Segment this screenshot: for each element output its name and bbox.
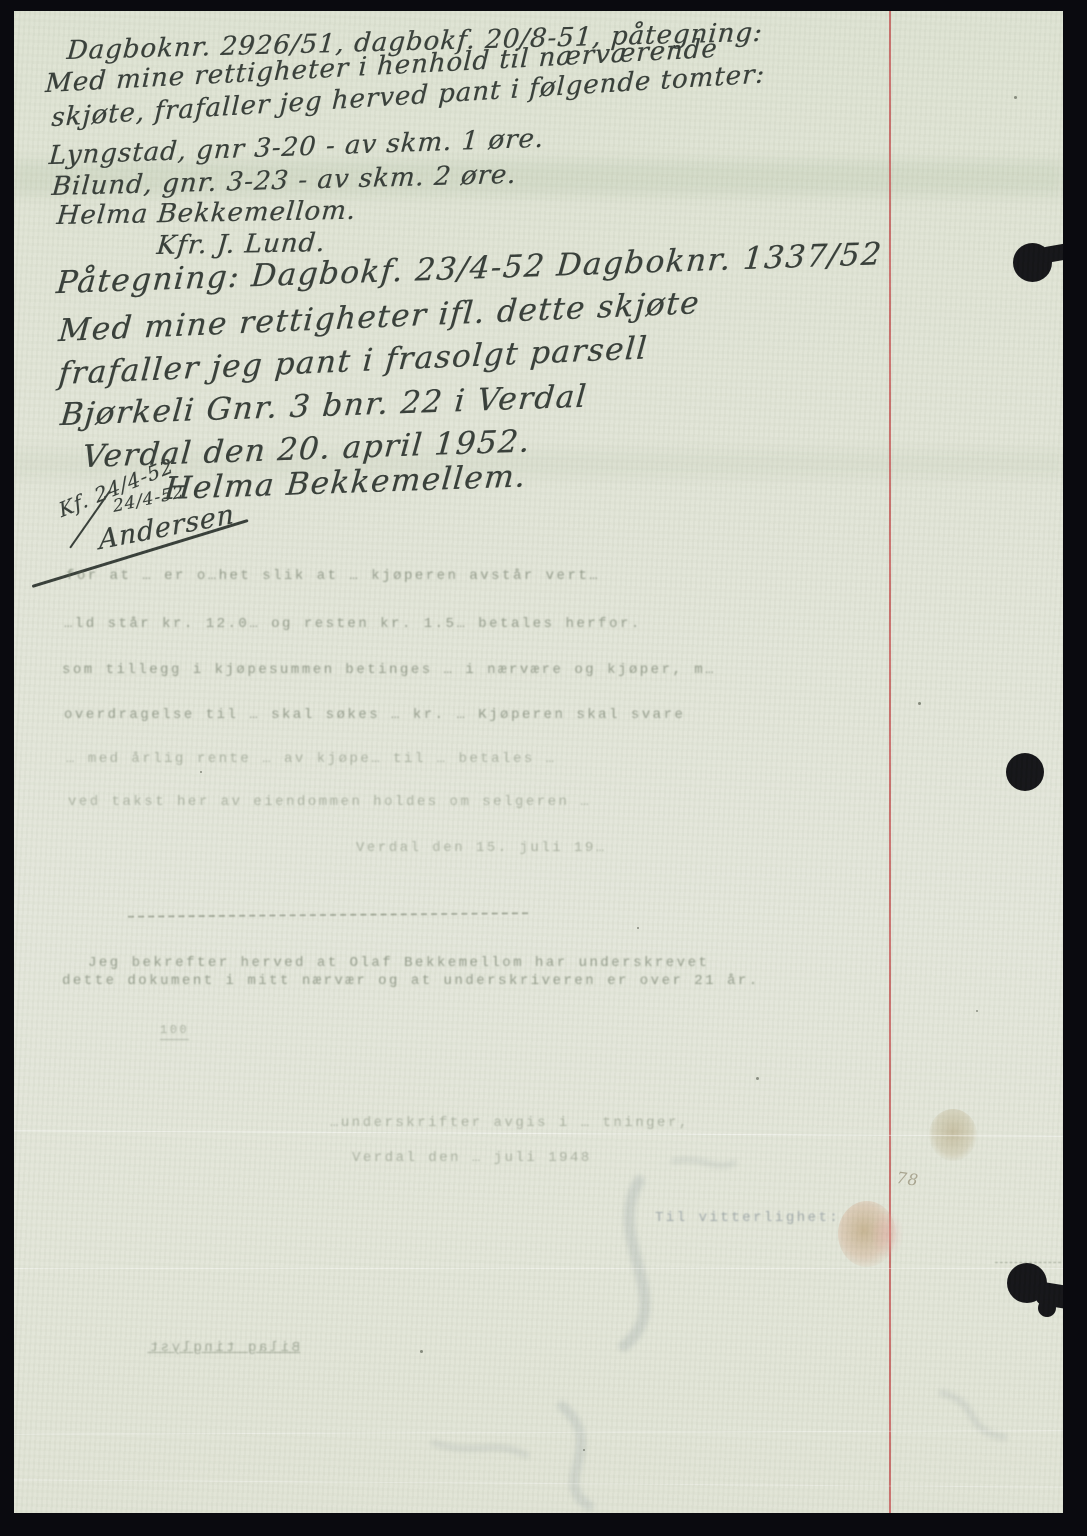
speck <box>1014 96 1017 99</box>
typewritten-line: ved takst her av eiendommen holdes om se… <box>68 794 591 810</box>
paper-crease <box>14 1268 1063 1269</box>
speck <box>756 1077 759 1080</box>
typewritten-line: …ld står kr. 12.0… og resten kr. 1.5… be… <box>64 616 642 632</box>
speck <box>200 771 202 773</box>
document-page: Dagboknr. 2926/51, dagbokf. 20/8-51, påt… <box>14 11 1063 1513</box>
stain <box>870 1209 904 1259</box>
pencil-mark: 78 <box>895 1168 920 1190</box>
paper-crease <box>14 1130 1063 1136</box>
typewritten-witness-line: dette dokument i mitt nærvær og at under… <box>62 973 760 989</box>
handwritten-signature: Helma Bekkemellom. <box>55 196 357 231</box>
mirrored-stamp-text: Bilag tinglyst <box>147 1340 300 1356</box>
typewritten-fraction-mark: 100 <box>160 1023 189 1040</box>
typewritten-line: …underskrifter avgis i … tninger, <box>330 1115 690 1131</box>
red-margin-line <box>889 11 891 1513</box>
typewritten-line: for at … er o…het slik at … kjøperen avs… <box>66 568 600 584</box>
scanned-registry-page: { "document": { "annotation_1951": { "li… <box>0 0 1087 1536</box>
signature-dash-line <box>128 912 528 917</box>
typewritten-date-line: Verdal den 15. juli 19… <box>356 840 607 856</box>
stain <box>929 1109 977 1161</box>
speck <box>976 1010 978 1012</box>
speck <box>918 702 921 705</box>
speck <box>637 927 639 929</box>
speck <box>420 1350 423 1353</box>
typewritten-date-line: Verdal den … juli 1948 <box>352 1150 592 1166</box>
paper-crease <box>14 1430 1063 1435</box>
punch-hole <box>1006 753 1044 791</box>
stain <box>838 1201 896 1267</box>
typewritten-line: som tillegg i kjøpesummen betinges … i n… <box>62 662 716 678</box>
typewritten-witness-line: Jeg bekrefter herved at Olaf Bekkemellom… <box>88 955 709 971</box>
speck <box>583 1449 585 1451</box>
typewritten-line: overdragelse til … skal søkes … kr. … Kj… <box>64 707 685 723</box>
punch-hole-tear <box>1039 238 1063 264</box>
punch-hole-tear <box>1038 1299 1056 1317</box>
paper-crease <box>14 1479 1063 1487</box>
typewritten-witness-heading: Til vitterlighet: <box>655 1210 840 1226</box>
typewritten-line: … med årlig rente … av kjøpe… til … beta… <box>66 751 557 767</box>
